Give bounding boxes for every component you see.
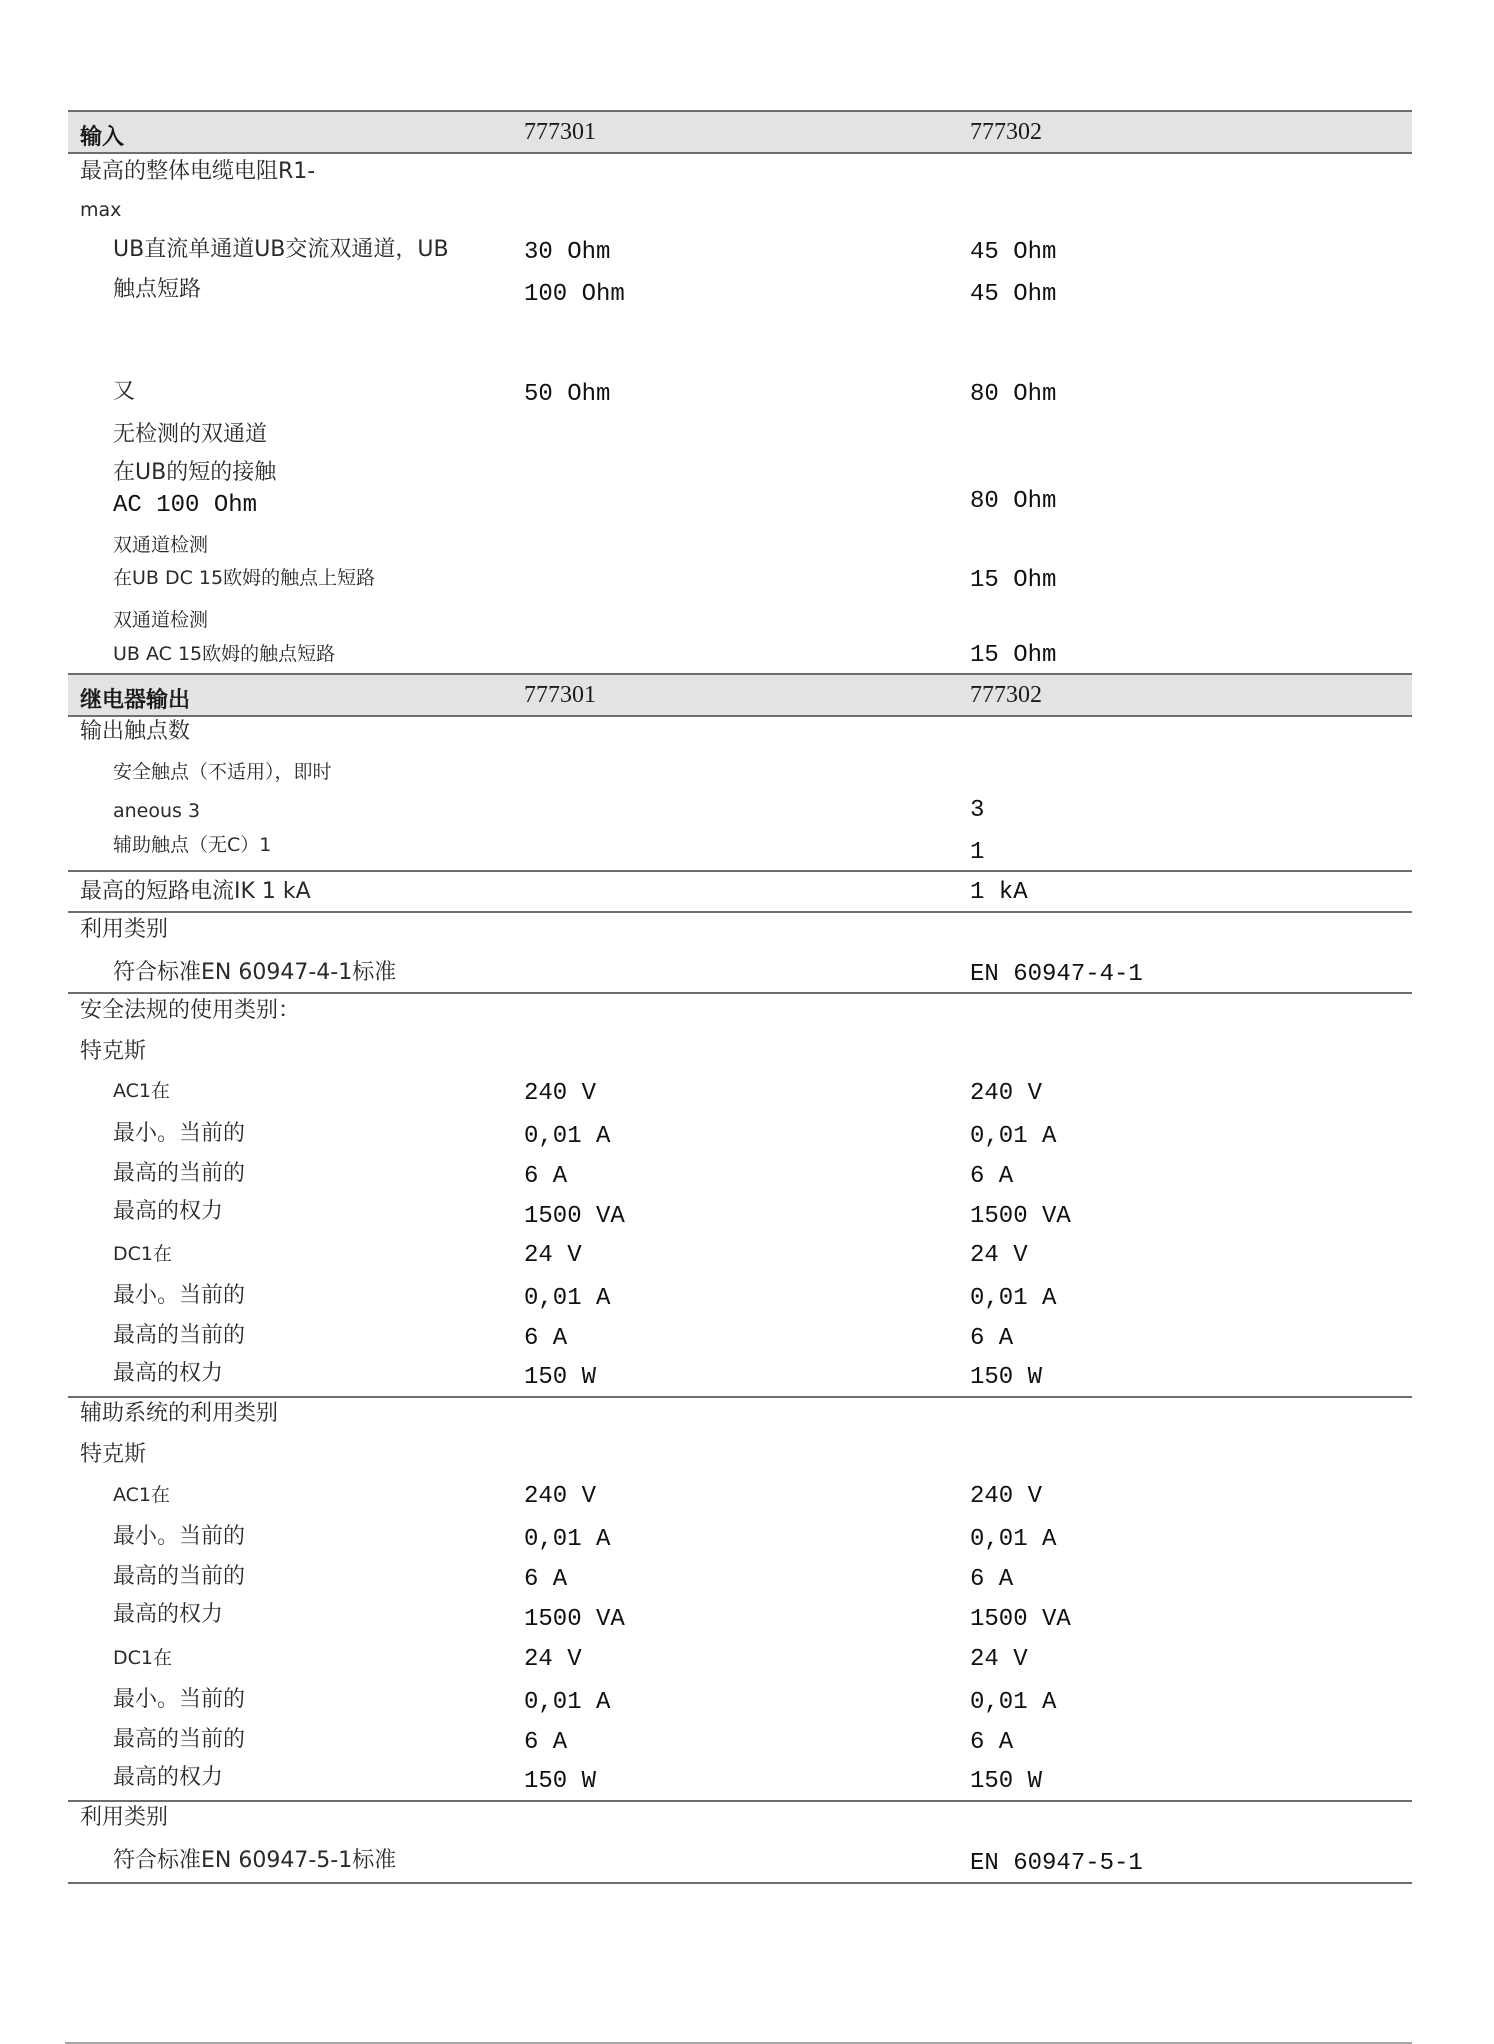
row-label: 触点短路 [113,276,201,304]
row-label: 最高的当前的 [113,1726,245,1754]
value-777301: 24 V [524,1646,582,1674]
value-777301: 1500 VA [524,1203,625,1231]
group-heading: 利用类别 [80,916,168,944]
value-777302: 15 Ohm [970,567,1056,595]
value-777301: 6 A [524,1325,567,1353]
group-subheading: 特克斯 [80,1441,146,1469]
value-777302: 150 W [970,1364,1042,1392]
value-777301: 30 Ohm [524,239,610,267]
value-777302: 6 A [970,1163,1013,1191]
value-777302: 1500 VA [970,1203,1071,1231]
row-label: 最高的权力 [113,1764,223,1792]
value-777302: 15 Ohm [970,642,1056,670]
divider [68,870,1412,872]
value-777301: 1500 VA [524,1606,625,1634]
value-777301: 0,01 A [524,1123,610,1151]
value-777302: 6 A [970,1325,1013,1353]
value-777301: 0,01 A [524,1526,610,1554]
row-label: AC 100 Ohm [113,492,257,520]
group-heading: 输出触点数 [80,718,190,746]
row-label: 最小。当前的 [113,1282,245,1310]
value-777302: EN 60947-5-1 [970,1850,1143,1878]
group-subheading: 特克斯 [80,1038,146,1066]
row-label: 辅助触点（无C）1 [113,831,271,859]
value-777302: 24 V [970,1242,1028,1270]
value-777302: 6 A [970,1566,1013,1594]
row-label: UB AC 15欧姆的触点短路 [113,640,335,668]
row-label: 安全触点（不适用），即时 [113,758,332,786]
spec-sheet-page: 输入 777301 777302 最高的整体电缆电阻R1- max UB直流单通… [0,0,1494,2044]
divider [68,911,1412,913]
column-header-777302: 777302 [970,682,1042,709]
group-heading: 安全法规的使用类别： [80,997,300,1025]
value-777301: 240 V [524,1483,596,1511]
row-label: 在UB的短的接触 [113,459,276,487]
value-777302: 240 V [970,1483,1042,1511]
value-777301: 50 Ohm [524,381,610,409]
row-label: 又 [113,378,135,406]
divider [68,1800,1412,1802]
row-label: 双通道检测 [113,531,208,559]
value-777301: 240 V [524,1080,596,1108]
divider [68,1396,1412,1398]
value-777302: 80 Ohm [970,381,1056,409]
row-label: 最小。当前的 [113,1120,245,1148]
value-777302: 3 [970,797,984,825]
value-777302: 1 [970,839,984,867]
row-label: 最高的整体电缆电阻R1- [80,158,315,186]
value-777302: 1500 VA [970,1606,1071,1634]
value-777302: 150 W [970,1768,1042,1796]
group-heading: 利用类别 [80,1804,168,1832]
column-header-777301: 777301 [524,682,596,709]
row-label: AC1在 [113,1481,170,1509]
row-label: 最高的权力 [113,1198,223,1226]
value-777301: 6 A [524,1729,567,1757]
value-777301: 150 W [524,1364,596,1392]
row-label: aneous 3 [113,797,200,825]
value-777302: 0,01 A [970,1689,1056,1717]
value-777301: 0,01 A [524,1689,610,1717]
row-label: 最高的权力 [113,1360,223,1388]
section-header-input: 输入 777301 777302 [68,110,1412,154]
section-title: 输入 [80,120,124,151]
section-title: 继电器输出 [80,683,190,714]
value-777302: 80 Ohm [970,488,1056,516]
column-header-777302: 777302 [970,119,1042,146]
value-777301: 24 V [524,1242,582,1270]
row-label: 无检测的双通道 [113,421,267,449]
value-777302: 1 kA [970,879,1028,907]
value-777302: 240 V [970,1080,1042,1108]
value-777302: 24 V [970,1646,1028,1674]
row-label: AC1在 [113,1077,170,1105]
row-label: 最高的当前的 [113,1160,245,1188]
column-header-777301: 777301 [524,119,596,146]
row-label: 最小。当前的 [113,1523,245,1551]
value-777301: 6 A [524,1566,567,1594]
section-header-relay-output: 继电器输出 777301 777302 [68,673,1412,717]
row-label: max [80,196,121,224]
value-777302: 45 Ohm [970,239,1056,267]
value-777302: 0,01 A [970,1526,1056,1554]
group-heading: 辅助系统的利用类别 [80,1400,278,1428]
row-label: 最高的权力 [113,1601,223,1629]
row-label: 双通道检测 [113,606,208,634]
row-label: 符合标准EN 60947-5-1标准 [113,1847,396,1875]
divider [68,992,1412,994]
row-label: 符合标准EN 60947-4-1标准 [113,959,396,987]
divider [68,1882,1412,1884]
row-label: DC1在 [113,1240,172,1268]
row-label: 最高的短路电流IK 1 kA [80,878,311,906]
value-777302: EN 60947-4-1 [970,961,1143,989]
row-label: 最高的当前的 [113,1322,245,1350]
value-777301: 0,01 A [524,1285,610,1313]
value-777302: 45 Ohm [970,281,1056,309]
row-label: 最小。当前的 [113,1686,245,1714]
row-label: 最高的当前的 [113,1563,245,1591]
value-777302: 0,01 A [970,1123,1056,1151]
value-777301: 150 W [524,1768,596,1796]
row-label: UB直流单通道UB交流双通道，UB [113,236,449,264]
row-label: DC1在 [113,1644,172,1672]
value-777302: 0,01 A [970,1285,1056,1313]
value-777302: 6 A [970,1729,1013,1757]
row-label: 在UB DC 15欧姆的触点上短路 [113,564,375,592]
value-777301: 100 Ohm [524,281,625,309]
value-777301: 6 A [524,1163,567,1191]
